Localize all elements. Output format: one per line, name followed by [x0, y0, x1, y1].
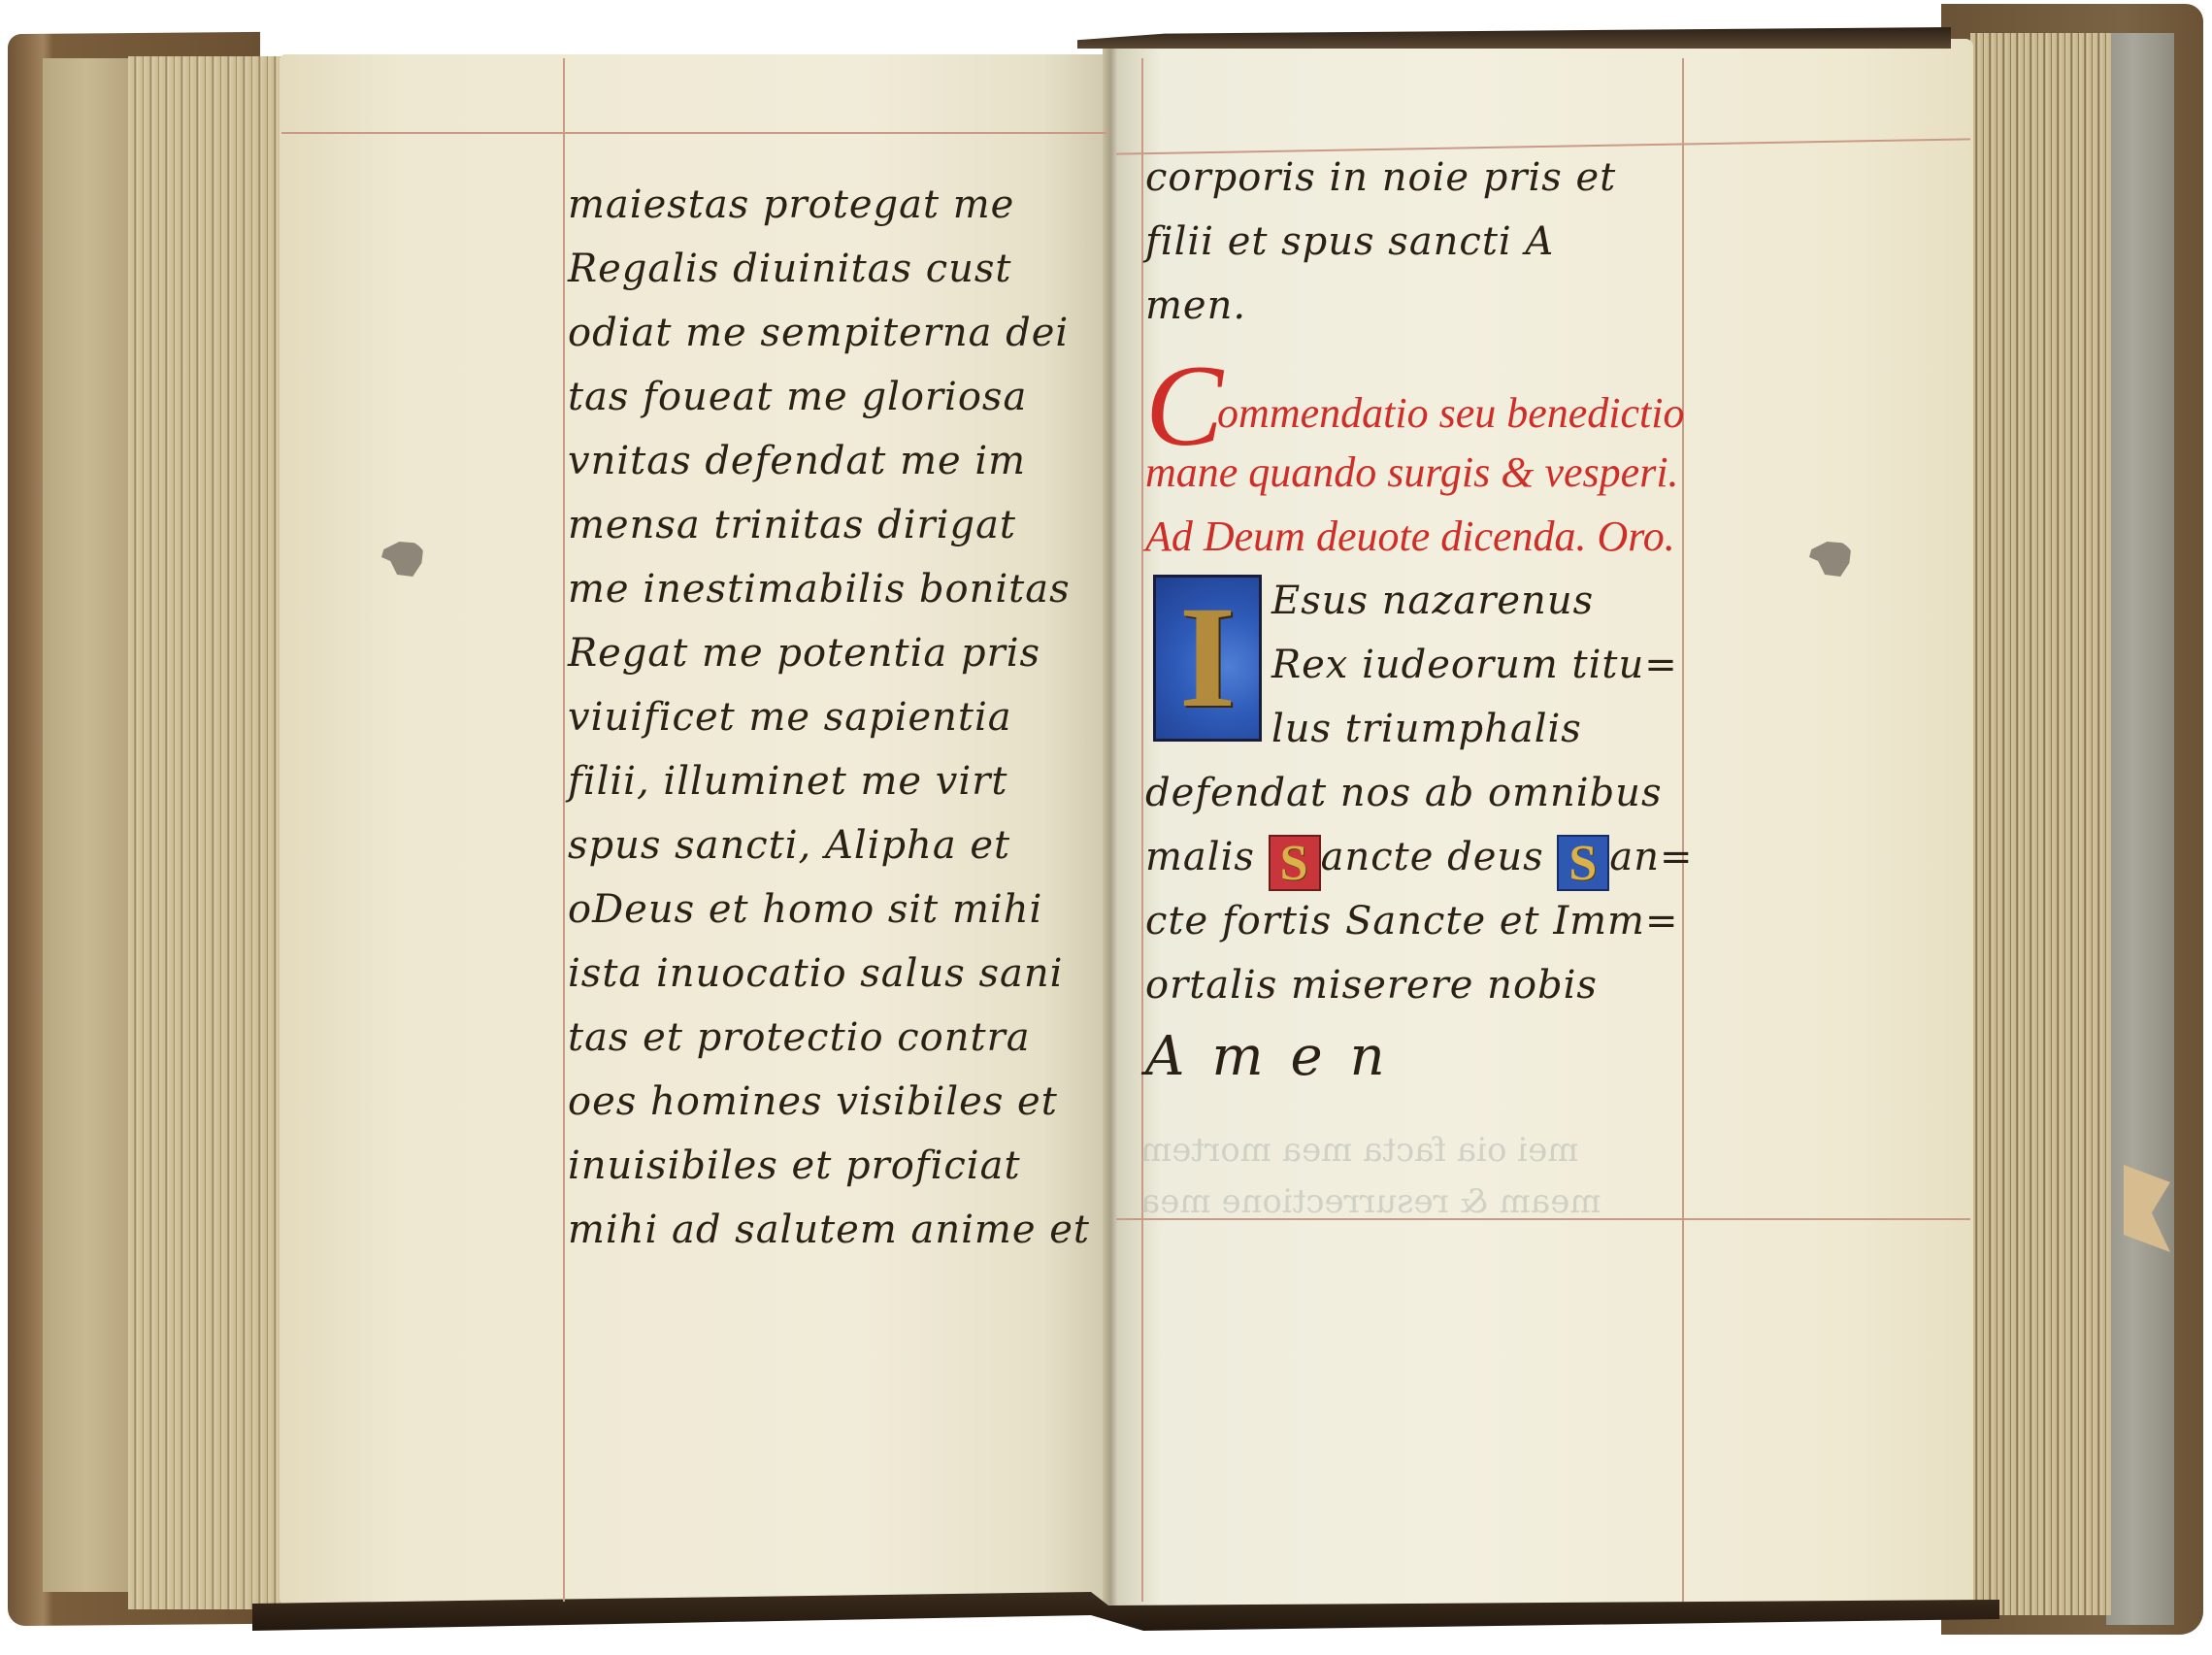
left-top-rule: [281, 132, 1106, 134]
sancte-line: malis Sancte deus San=: [1145, 825, 1689, 889]
rubric-line: Ad Deum deuote dicenda. Oro.: [1145, 505, 1689, 569]
open-manuscript-book: mei oia facta mea mortem meam & resurrec…: [0, 0, 2212, 1655]
text-line: odiat me sempiterna dei: [568, 301, 1097, 365]
text-line: oDeus et homo sit mihi: [568, 877, 1097, 942]
text-line: mihi ad salutem anime et: [568, 1198, 1097, 1262]
right-page-stack: [1970, 33, 2111, 1615]
illuminated-initial: I: [1153, 575, 1262, 742]
text-line: ista inuocatio salus sani: [568, 942, 1097, 1006]
left-text-column: maiestas protegat me Regalis diuinitas c…: [568, 173, 1097, 1262]
rubric-text: ommendatio seu benedictio: [1217, 389, 1684, 437]
text-line: vnitas defendat me im: [568, 429, 1097, 493]
text-line: tas et protectio contra: [568, 1006, 1097, 1070]
left-margin-rule: [563, 58, 565, 1602]
text-line: Regalis diuinitas cust: [568, 237, 1097, 301]
rubric-heading-line: Commendatio seu benedictio: [1145, 377, 1689, 441]
text-fragment: an=: [1609, 835, 1693, 879]
prayer-block: I Esus nazarenus Rex iudeorum titu= lus …: [1145, 569, 1689, 1088]
text-line: spus sancti, Alipha et: [568, 813, 1097, 877]
left-page-stack: [128, 56, 283, 1609]
text-line: cte fortis Sancte et Imm=: [1145, 889, 1689, 953]
text-line: men.: [1145, 274, 1689, 338]
right-text-column: corporis in noie pris et filii et spus s…: [1145, 146, 1689, 1088]
right-margin-rule: [1141, 58, 1143, 1602]
text-line: viuificet me sapientia: [568, 685, 1097, 749]
rubric-initial: C: [1145, 377, 1223, 435]
show-through-line: mei oia facta mea mortem: [1140, 1131, 1579, 1170]
text-line: maiestas protegat me: [568, 173, 1097, 237]
left-pastedown: [43, 58, 130, 1592]
text-line: Regat me potentia pris: [568, 621, 1097, 685]
text-line: filii, illuminet me virt: [568, 749, 1097, 813]
show-through-line: meam & resurrectione mea: [1140, 1182, 1601, 1221]
amen-flourish: Amen: [1145, 1025, 1689, 1088]
right-pastedown: [2106, 33, 2174, 1625]
text-line: mensa trinitas dirigat: [568, 493, 1097, 557]
rubric-line: mane quando surgis & vesperi.: [1145, 441, 1689, 505]
text-line: ortalis miserere nobis: [1145, 953, 1689, 1017]
top-page-edge: [1077, 27, 1951, 49]
blue-initial-s: S: [1557, 835, 1609, 891]
text-line: defendat nos ab omnibus: [1145, 761, 1689, 825]
gutter: [1103, 49, 1118, 1611]
text-line: inuisibiles et proficiat: [568, 1134, 1097, 1198]
text-line: me inestimabilis bonitas: [568, 557, 1097, 621]
red-initial-s: S: [1269, 835, 1321, 891]
text-fragment: malis: [1145, 835, 1255, 879]
text-line: filii et spus sancti A: [1145, 210, 1689, 274]
text-line: oes homines visibiles et: [568, 1070, 1097, 1134]
text-fragment: ancte deus: [1321, 835, 1544, 879]
text-line: corporis in noie pris et: [1145, 146, 1689, 210]
text-line: tas foueat me gloriosa: [568, 365, 1097, 429]
